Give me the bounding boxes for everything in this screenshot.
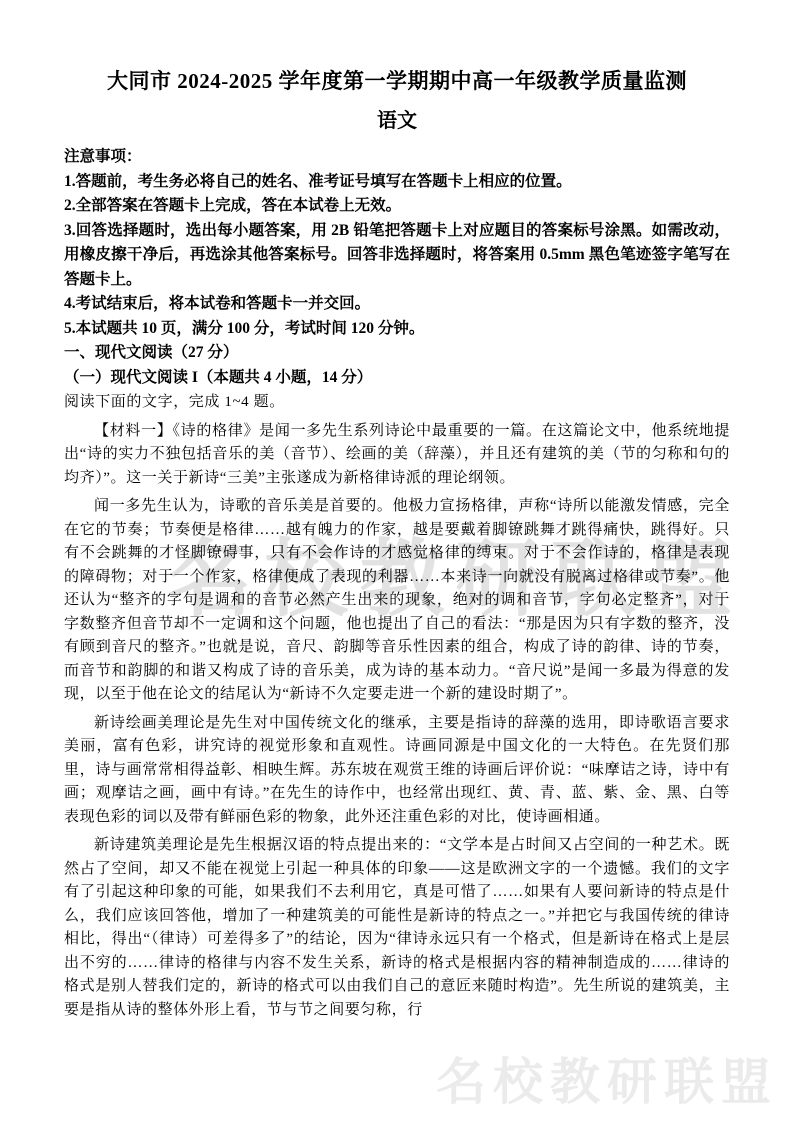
notice-item-4: 4.考试结束后，将本试卷和答题卡一并交回。 bbox=[64, 292, 730, 317]
page-content: 大同市 2024-2025 学年度第一学期期中高一年级教学质量监测 语文 注意事… bbox=[0, 0, 794, 1022]
notice-item-5: 5.本试题共 10 页，满分 100 分，考试时间 120 分钟。 bbox=[64, 317, 730, 342]
passage-paragraph-1: 【材料一】《诗的格律》是闻一多先生系列诗论中最重要的一篇。在这篇论文中，他系统地… bbox=[64, 420, 730, 491]
page-title: 大同市 2024-2025 学年度第一学期期中高一年级教学质量监测 bbox=[64, 68, 730, 95]
notice-section: 注意事项： 1.答题前，考生务必将自己的姓名、准考证号填写在答题卡上相应的位置。… bbox=[64, 145, 730, 341]
passage-paragraph-3: 新诗绘画美理论是先生对中国传统文化的继承，主要是指诗的辞藻的选用，即诗歌语言要求… bbox=[64, 712, 730, 830]
notice-item-3: 3.回答选择题时，选出每小题答案，用 2B 铅笔把答题卡上对应题目的答案标号涂黑… bbox=[64, 219, 730, 293]
section-heading-subpart-one: （一）现代文阅读 I（本题共 4 小题，14 分） bbox=[64, 366, 730, 391]
reading-passage: 阅读下面的文字，完成 1~4 题。 【材料一】《诗的格律》是闻一多先生系列诗论中… bbox=[64, 391, 730, 1022]
notice-item-2: 2.全部答案在答题卡上完成，答在本试卷上无效。 bbox=[64, 194, 730, 219]
passage-paragraph-4: 新诗建筑美理论是先生根据汉语的特点提出来的：“文学本是占时间又占空间的一种艺术。… bbox=[64, 834, 730, 1022]
notice-heading: 注意事项： bbox=[64, 145, 730, 170]
section-heading-part-one: 一、现代文阅读（27 分） bbox=[64, 341, 730, 366]
subject-title: 语文 bbox=[64, 108, 730, 134]
notice-item-1: 1.答题前，考生务必将自己的姓名、准考证号填写在答题卡上相应的位置。 bbox=[64, 170, 730, 195]
exam-paper-page: 名校教研联盟 名校教研联盟 大同市 2024-2025 学年度第一学期期中高一年… bbox=[0, 0, 794, 1123]
reading-instruction: 阅读下面的文字，完成 1~4 题。 bbox=[64, 391, 730, 415]
passage-paragraph-2: 闻一多先生认为，诗歌的音乐美是首要的。他极力宣扬格律，声称“诗所以能激发情感，完… bbox=[64, 495, 730, 707]
watermark-bottom-right: 名校教研联盟 bbox=[436, 1042, 778, 1114]
